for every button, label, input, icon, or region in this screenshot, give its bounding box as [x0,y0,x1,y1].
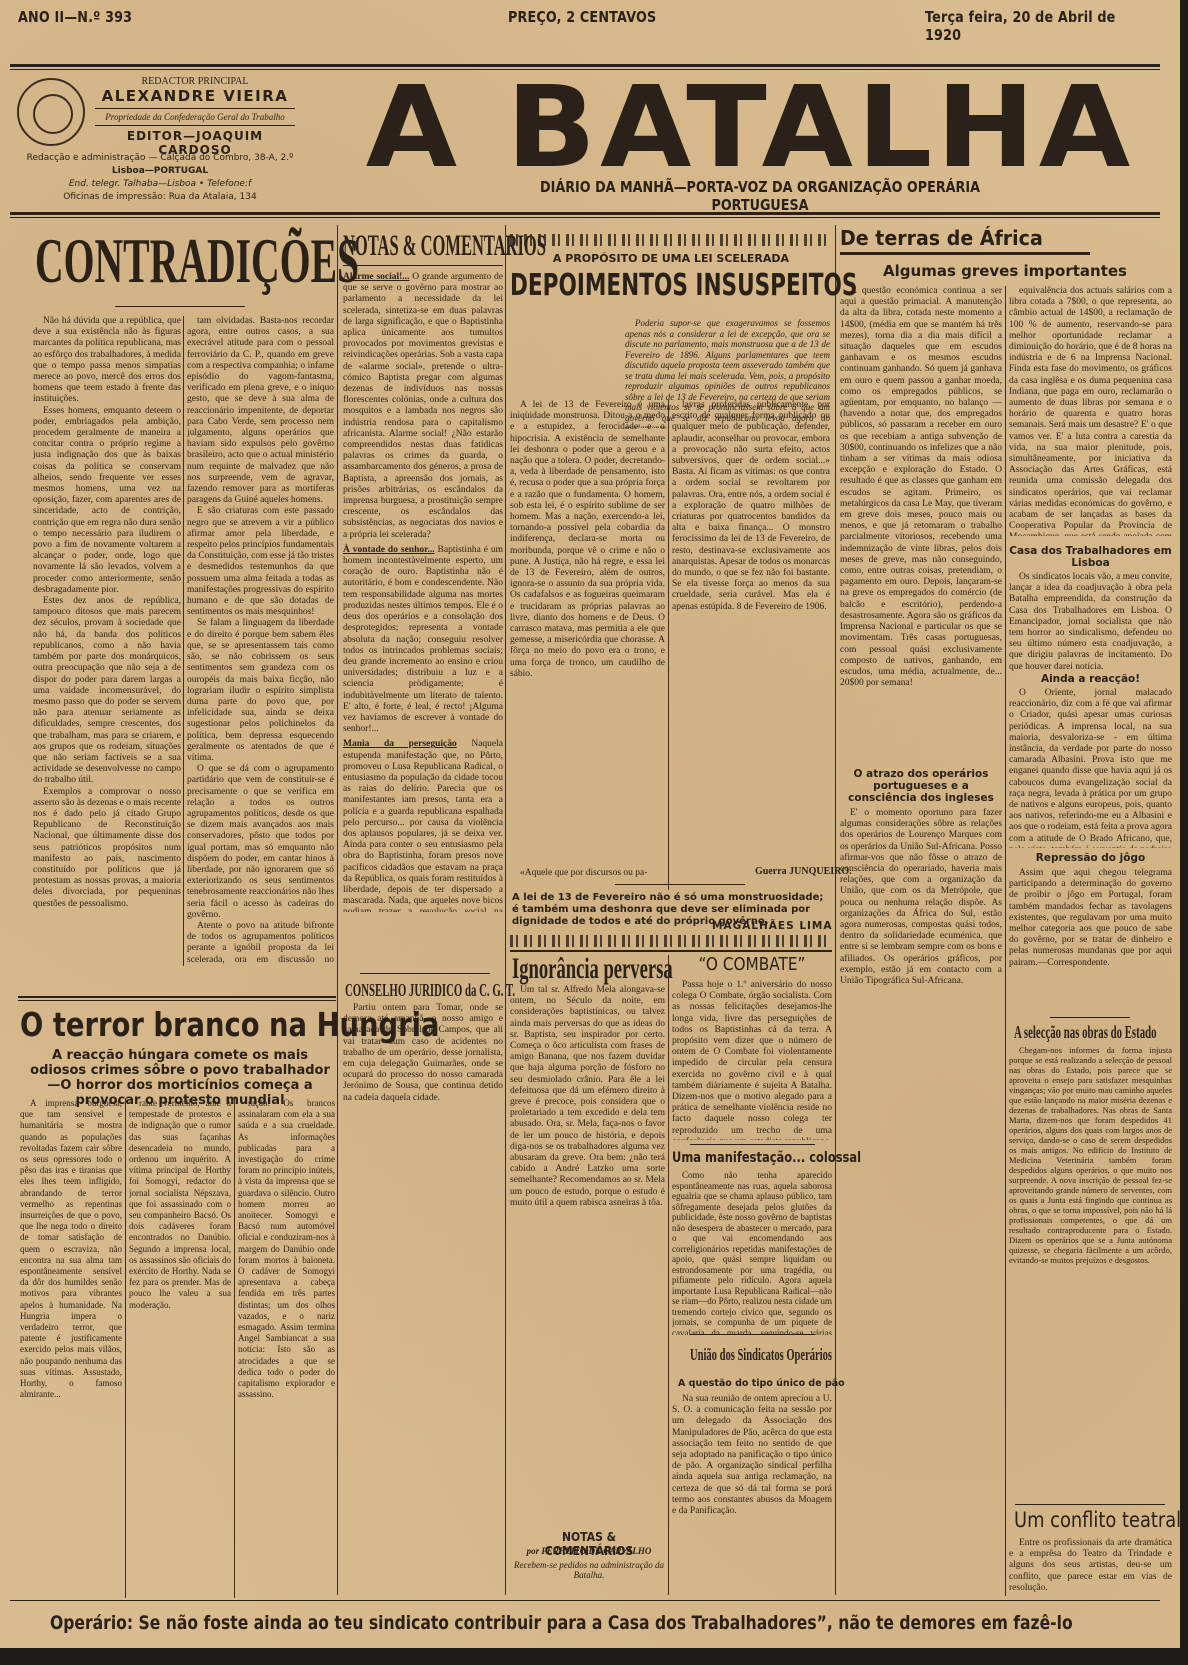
article-hungria-col2: rante vermelho, ante a tempestade de pro… [129,1098,231,1598]
column-divider [835,225,836,1595]
column-divider [668,955,669,1595]
masthead-info: REDACTOR PRINCIPAL ALEXANDRE VIEIRA Prop… [95,76,295,157]
column-divider [668,400,669,890]
headline-combate: “O COMBATE” [684,954,820,975]
column-divider [505,225,506,1595]
paragraph: Estes dez anos de república, tampouco di… [33,596,181,786]
paragraph: Partiu ontem para Tomar, onde se demora … [343,1003,503,1104]
address-line-4: Oficinas de impressão: Rua da Atalaia, 1… [20,191,300,204]
headline-depoimentos: DEPOIMENTOS INSUSPEITOS [510,268,857,303]
subhead-reaccao: Ainda a reacção! [1009,673,1172,685]
cgt-seal-icon [17,78,85,146]
subhead-jogo: Repressão do jôgo [1009,852,1172,864]
article-conflito: Entre os profissionais da arte dramática… [1009,1538,1172,1598]
note-text: O grande argumento de que se serve o gov… [343,272,503,540]
note-text: Baptistinha é um homem incontestàvelment… [343,545,503,734]
price: PREÇO, 2 CENTAVOS [508,8,656,26]
article-manifestacao: Como não tenha aparecido espontâneamente… [672,1170,832,1335]
note-notas2: Recebem-se pedidos na administração da B… [510,1560,668,1580]
paragraph: ração. Os brancos assinalaram com ela a … [238,1098,335,1400]
ornament-border [510,935,832,947]
africa-col2d: Assim que aqui chegou telegrama particip… [1009,868,1172,1008]
redactor-label: REDACTOR PRINCIPAL [95,76,295,87]
paragraph: Passa hoje o 1.º aniversário do nosso co… [672,980,832,1140]
issue-number: ANO II—N.º 393 [18,8,132,26]
headline-manifestacao: Uma manifestação... colossal [672,1150,861,1166]
divider [115,306,245,307]
subheadline-africa: Algumas greves importantes [840,262,1170,280]
paragraph: Assim que aqui chegou telegrama particip… [1009,868,1172,969]
note-text: Naquela estupenda manifestação que, no P… [343,739,503,912]
masthead-rule [10,212,1160,215]
note-lead-alarme: Alarme social!... [343,272,409,282]
newspaper-title: A BATALHA [335,71,1165,183]
divider [343,265,503,266]
paragraph: Um tal sr. Alfredo Mela alongava-se onte… [510,985,665,1209]
divider [18,996,336,998]
ornament-border [510,234,832,246]
depoimentos-col2: lavras proferidas publicamente, por escr… [672,400,830,860]
byline-notas2: por PERFEITO DE CARVALHO [510,1546,668,1556]
paragraph: Se falam a linguagem da liberdade e do d… [187,618,334,764]
paragraph: Atente o povo na atitude bifronte de tod… [187,921,334,966]
paragraph: A lei de 13 de Fevereiro é uma iniqùidad… [510,400,665,680]
paragraph: A imprensa burguesa, que tam sensível e … [20,1098,122,1400]
kicker-depoimentos: A PROPÓSITO DE UMA LEI SCELERADA [510,252,832,265]
article-contradicoes-col1: Não há dúvida que a república, que deve … [33,316,181,966]
paragraph: Esses homens, emquanto deteem o poder, e… [33,406,181,596]
article-uniao: Na sua reunião de ontem apreciou a U. S.… [672,1394,832,1594]
address-line-3: End. telegr. Talhaba—Lisboa • Telefone:f [20,178,300,191]
africa-col1: A questão económica continua a ser aqui … [840,286,1002,756]
article-hungria-col1: A imprensa burguesa, que tam sensível e … [20,1098,122,1598]
africa-col1b: E' o momento oportuno para fazer algumas… [840,808,1002,1598]
column-divider [1005,286,1006,1596]
quote-lead: «Aquele que por discursos ou pa- [520,868,647,878]
divider [690,1334,815,1335]
africa-col2c: O Oriente, jornal malacado reaccionário,… [1009,688,1172,848]
paragraph: Chegam-nos informes da forma injusta por… [1009,1045,1172,1265]
paragraph: Exemplos a comprovar o nosso asserto são… [33,787,181,910]
subhead-casa: Casa dos Trabalhadores em Lisboa [1009,545,1172,569]
article-combate: Passa hoje o 1.º aniversário do nosso co… [672,980,832,1140]
headline-africa: De terras de África [840,226,1043,250]
redactor-name: ALEXANDRE VIEIRA [95,87,295,105]
newspaper-page: ANO II—N.º 393 PREÇO, 2 CENTAVOS Terça f… [0,0,1180,1648]
article-hungria-col3: ração. Os brancos assinalaram com ela a … [238,1098,335,1598]
divider [360,973,490,974]
headline-uniao: União dos Sindicatos Operários [690,1345,832,1365]
column-divider [125,1098,126,1598]
signature-magalhaes: MAGALHÃES LIMA [712,920,833,932]
column-divider [183,316,184,966]
headline-ignorancia: Ignorância perversa [512,952,673,986]
paragraph: A questão económica continua a ser aqui … [840,286,1002,689]
depoimentos-col1: A lei de 13 de Fevereiro é uma iniqùidad… [510,400,665,870]
newspaper-subtitle: DIÁRIO DA MANHÃ—PORTA-VOZ DA ORGANIZAÇÃO… [497,178,1024,214]
paragraph: Entre os profissionais da arte dramática… [1009,1538,1172,1594]
headline-conflito: Um conflito teatral? [1014,1508,1180,1532]
divider [1015,1504,1165,1505]
signature-junqueiro: Guerra JUNQUEIRO. [755,866,852,877]
divider [690,1144,815,1145]
footer-slogan: Operário: Se não foste ainda ao teu sind… [50,1612,952,1634]
paragraph: Na sua reunião de ontem apreciou a U. S.… [672,1394,832,1517]
paragraph: O Oriente, jornal malacado reaccionário,… [1009,688,1172,848]
paragraph: tam olvidadas. Basta-nos recordar agora,… [187,316,334,506]
article-conselho: Partiu ontem para Tomar, onde se demora … [343,1003,503,1123]
footer-rule [10,1600,1160,1601]
paragraph: rante vermelho, ante a tempestade de pro… [129,1098,231,1311]
article-contradicoes-col2: tam olvidadas. Basta-nos recordar agora,… [187,316,334,966]
africa-col2b: Os sindicatos locais vão, a meu convite,… [1009,572,1172,672]
paragraph: lavras proferidas publicamente, por escr… [672,400,830,613]
masthead-rule-thin [10,217,1160,218]
column-divider [234,1098,235,1598]
divider [840,252,1090,255]
divider [615,884,745,885]
paragraph: Os sindicatos locais vão, a meu convite,… [1009,572,1172,672]
paragraph: Não há dúvida que a república, que deve … [33,316,181,406]
article-ignorancia: Um tal sr. Alfredo Mela alongava-se onte… [510,985,665,1515]
paragraph: O que se dá com o agrupamento partidário… [187,764,334,921]
divider [1050,1017,1130,1018]
headline-contradicoes: CONTRADIÇÕES [35,228,359,294]
headline-conselho: CONSELHO JURIDICO da C. G. T. [345,980,515,1001]
headline-selecao: A selecção nas obras do Estado [1014,1022,1157,1043]
paragraph: equivalência dos actuais salários com a … [1009,286,1172,536]
divider [18,1000,336,1001]
address-line-1: Redacção e administração — Calçada do Co… [20,152,300,165]
notas-column: Alarme social!... O grande argumento de … [343,272,503,912]
paragraph: E são criaturas com este passado negro q… [187,506,334,618]
address-block: Redacção e administração — Calçada do Co… [20,152,300,204]
note-lead-vontade: À vontade do senhor... [343,545,435,555]
address-line-2: Lisboa—PORTUGAL [20,165,300,178]
subhead-atrazo: O atrazo dos operários portugueses e a c… [840,768,1002,804]
note-lead-mania: Mania da perseguição [343,739,457,749]
column-divider [337,225,338,1595]
subheadline-uniao: A questão do tipo único de pão [678,1378,845,1389]
property-line: Propriedade da Confederação Geral do Tra… [95,112,295,122]
paragraph: E' o momento oportuno para fazer algumas… [840,808,1002,987]
paragraph: Como não tenha aparecido espontâneamente… [672,1170,832,1335]
date: Terça feira, 20 de Abril de 1920 [925,8,1142,44]
africa-col2: equivalência dos actuais salários com a … [1009,286,1172,536]
article-selecao: Chegam-nos informes da forma injusta por… [1009,1045,1172,1505]
